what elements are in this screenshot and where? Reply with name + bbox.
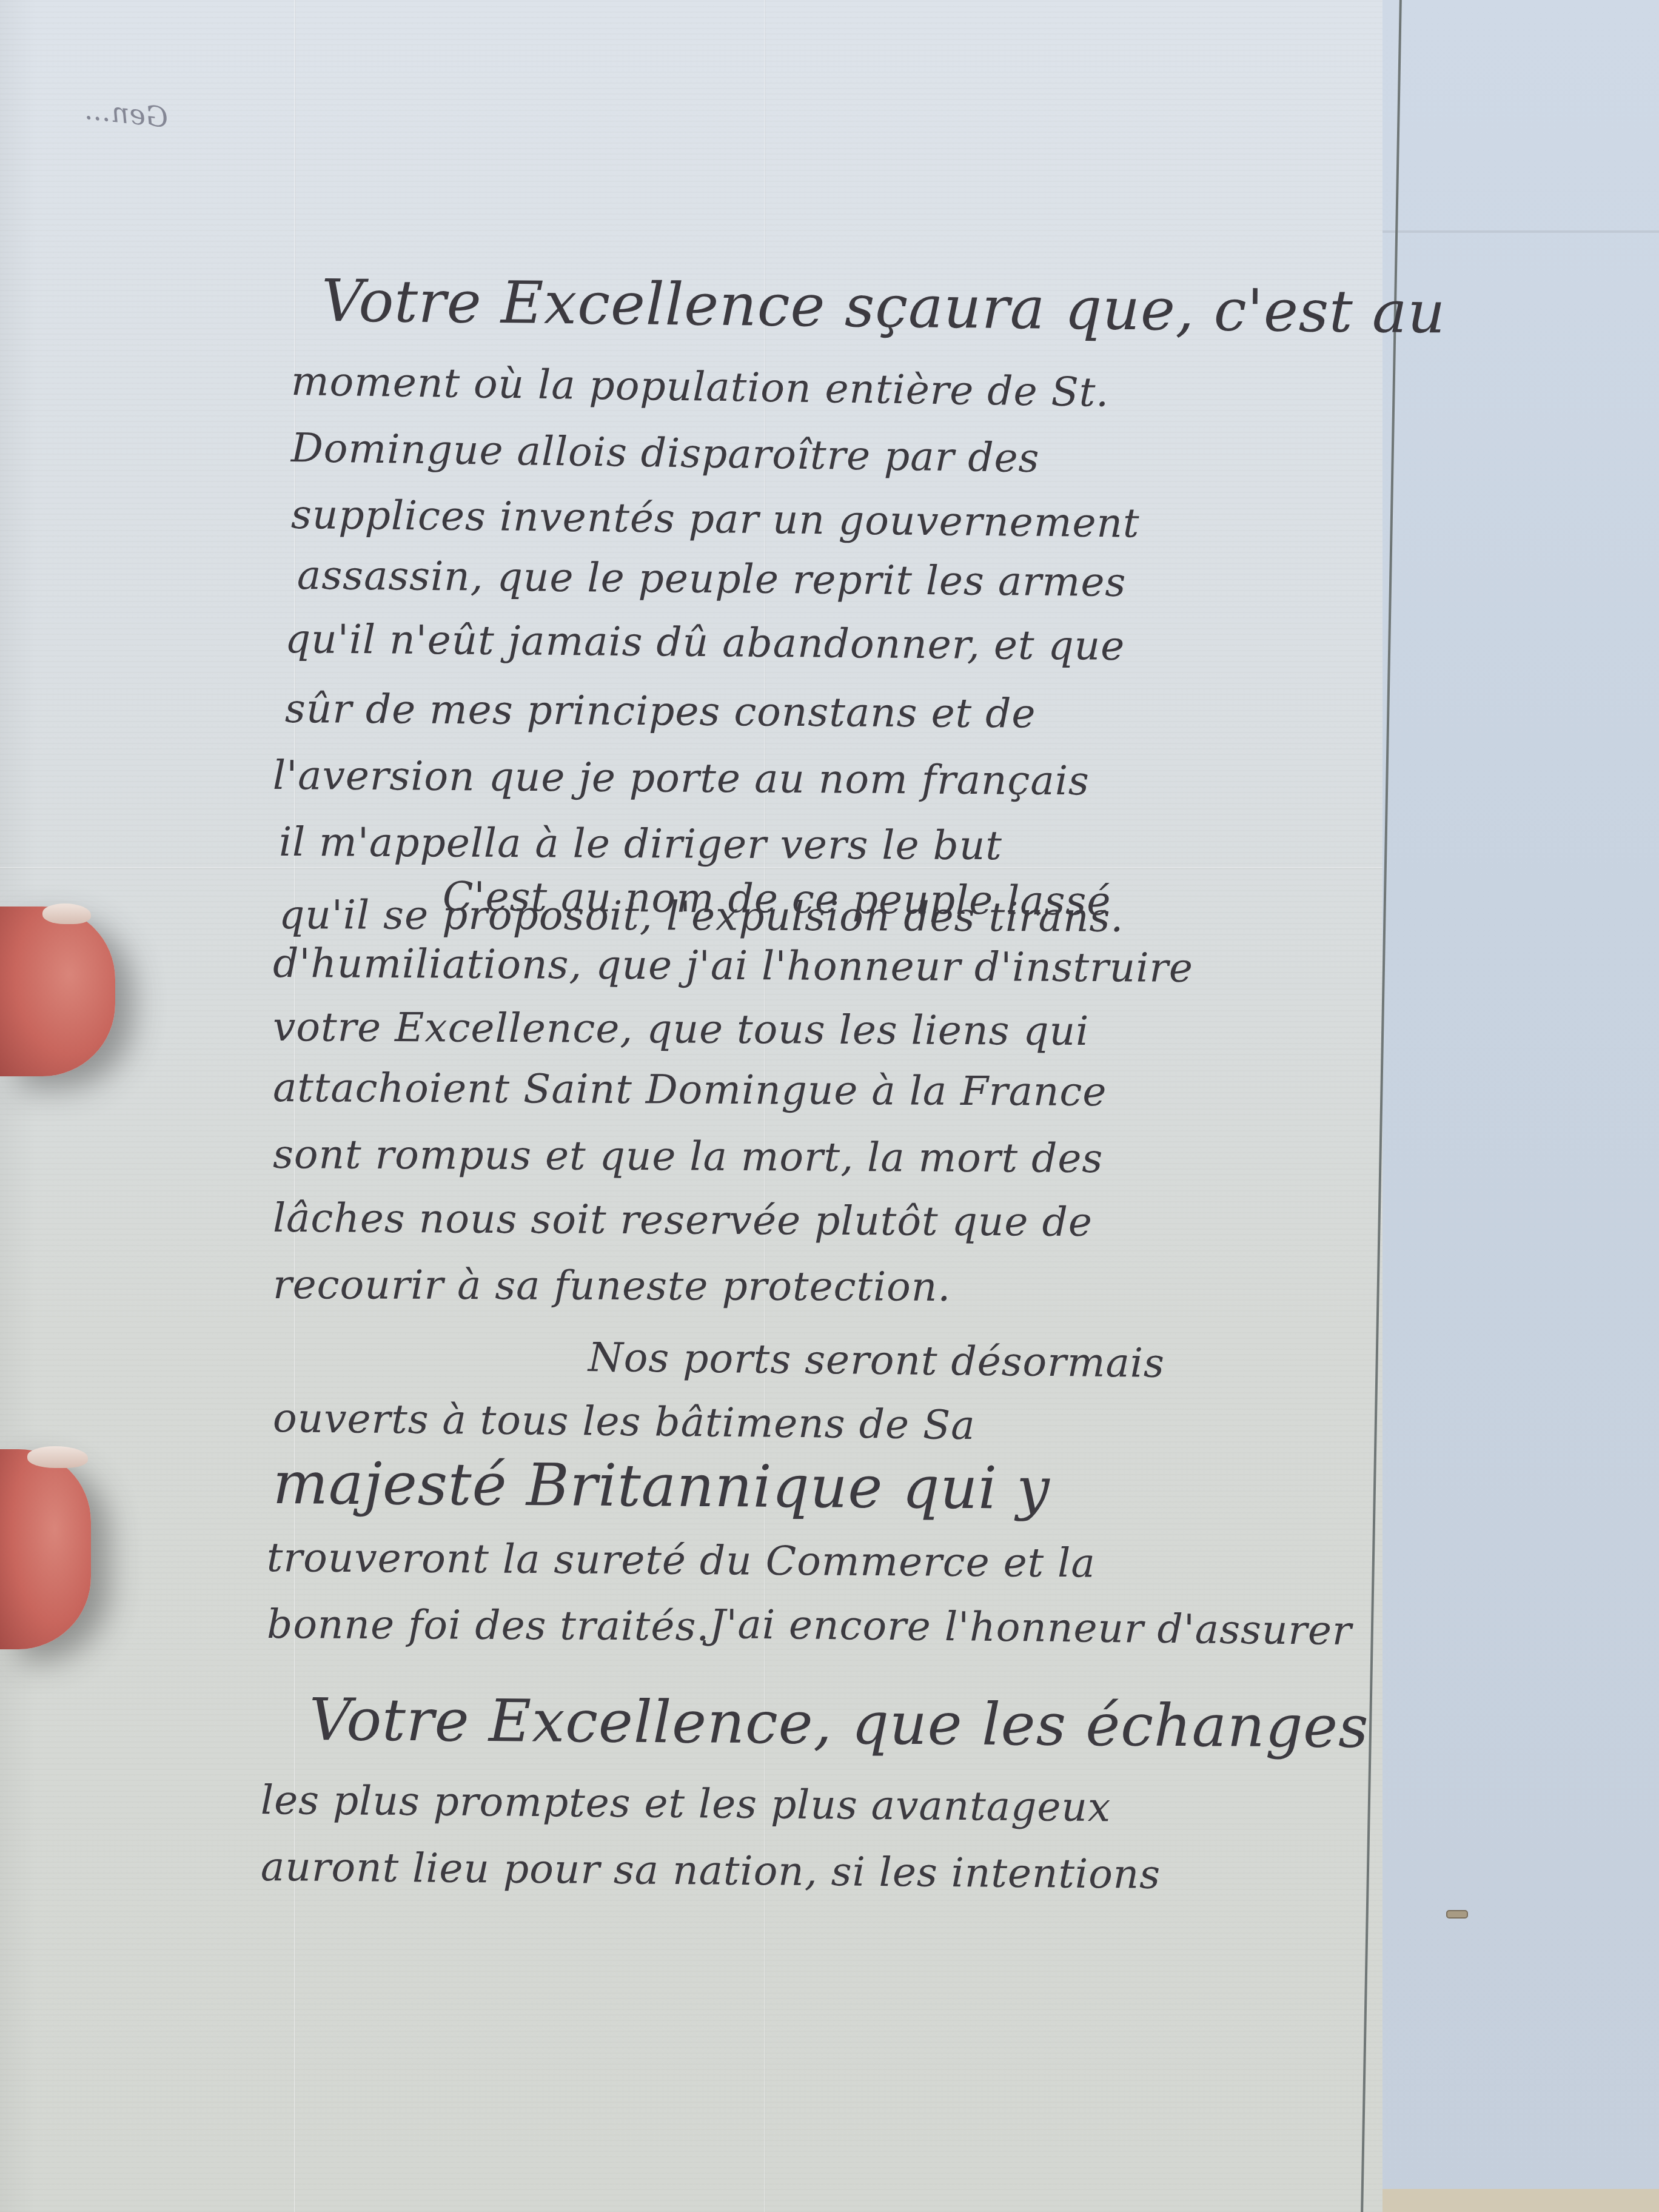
right-page-fold [1382,230,1659,233]
letter-line: auront lieu pour sa nation, si les inten… [261,1843,1161,1898]
letter-line: lâches nous soit reservée plutôt que de [273,1195,1093,1245]
letter-line: trouveront la sureté du Commerce et la [267,1534,1096,1587]
letter-line: recourir à sa funeste protection. [273,1261,951,1310]
fingernail-lower [27,1446,88,1468]
fingernail-upper [42,903,91,924]
bottom-page-strip [1382,2189,1659,2212]
letter-line: bonne foi des traités. [267,1601,710,1650]
letter-line: sûr de mes principes constans et de [285,685,1036,737]
letter-line: d'humiliations, que j'ai l'honneur d'ins… [273,940,1193,991]
letter-line: les plus promptes et les plus avantageux [261,1777,1111,1831]
letter-line: votre Excellence, que tous les liens qui [273,1004,1090,1054]
letter-line: Votre Excellence sçaura que, c'est au [321,267,1446,346]
binding-stitch-icon [1446,1910,1468,1919]
letter-line: J'ai encore l'honneur d'assurer [709,1601,1352,1654]
letter-line: il m'appella à le diriger vers le but [279,819,1002,869]
letter-line: majesté Britannique qui y [273,1449,1050,1523]
letter-line: sont rompus et que la mort, la mort des [273,1131,1104,1182]
letter-line: Nos ports seront désormais [588,1334,1165,1387]
letter-line: qu'il n'eût jamais dû abandonner, et que [285,615,1125,669]
letter-line: attachoient Saint Domingue à la France [273,1064,1107,1115]
letter-line: Votre Excellence, que les échanges [309,1686,1369,1761]
letter-line: supplices inventés par un gouvernement [291,491,1140,547]
letter-line: assassin, que le peuple reprit les armes [297,552,1127,606]
letter-line: C'est au nom de ce peuple lassé [443,873,1111,925]
letter-line: ouverts à tous les bâtimens de Sa [273,1395,976,1449]
letter-line: l'aversion que je porte au nom français [273,752,1090,804]
